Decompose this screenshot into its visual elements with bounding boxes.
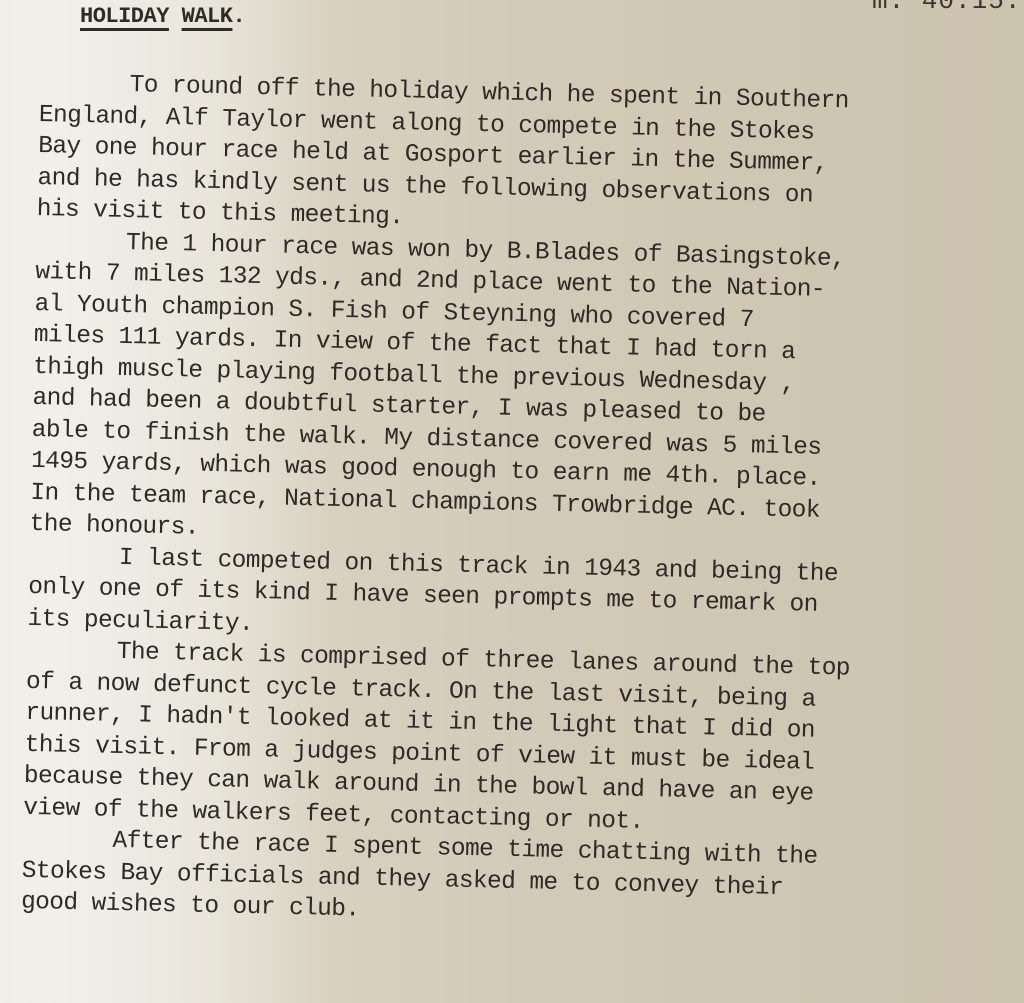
article-body: To round off the holiday which he spent … — [21, 68, 985, 940]
title-word-holiday: HOLIDAY — [80, 4, 169, 29]
paragraph: The 1 hour race was won by B.Blades of B… — [29, 225, 981, 561]
title-punct: . — [232, 4, 245, 29]
title-word-walk: WALK — [182, 4, 233, 29]
article-title: HOLIDAY WALK. — [80, 4, 245, 29]
paragraph: After the race I spent some time chattin… — [21, 824, 968, 940]
paragraph: The track is comprised of three lanes ar… — [23, 635, 972, 845]
header-fragment: m. 40.15. — [872, 0, 1021, 16]
paper-page: m. 40.15. HOLIDAY WALK. To round off the… — [0, 0, 1024, 1003]
paragraph: To round off the holiday which he spent … — [36, 68, 984, 247]
